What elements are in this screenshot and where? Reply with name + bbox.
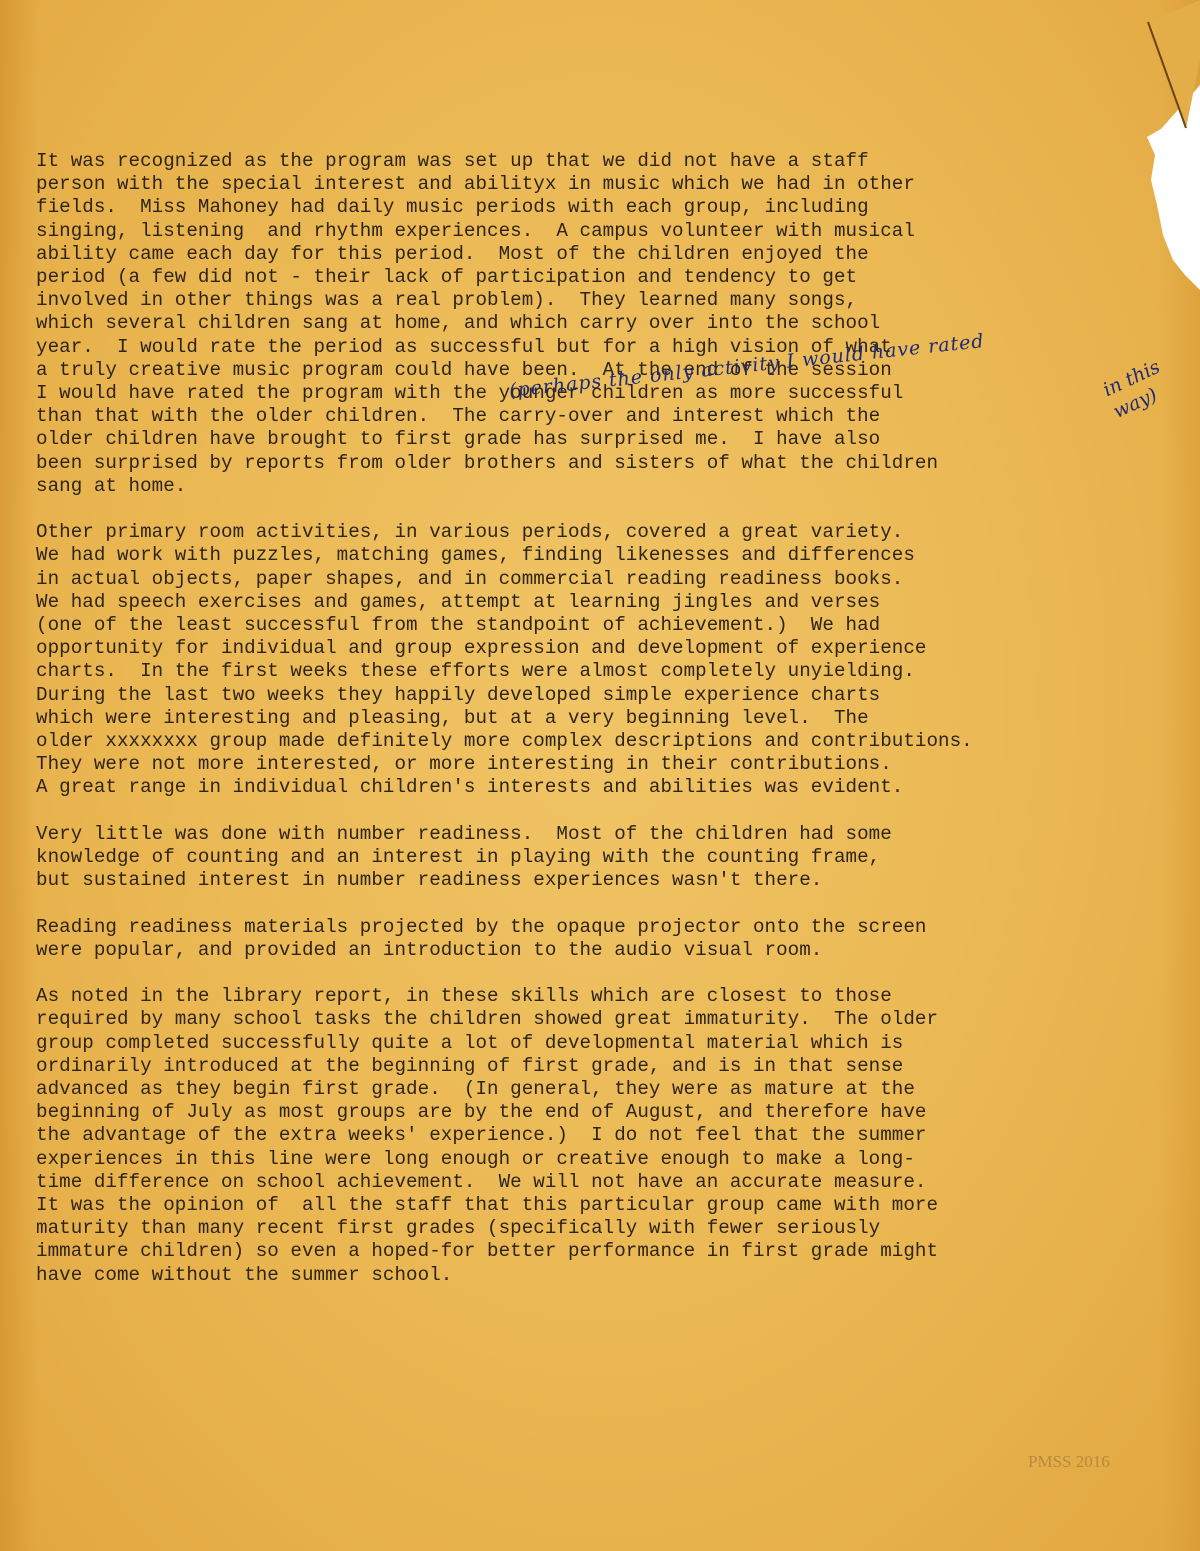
text-line: required by many school tasks the childr… — [36, 1008, 1186, 1031]
text-line: which were interesting and pleasing, but… — [36, 707, 1186, 730]
text-line: ability came each day for this period. M… — [36, 243, 1186, 266]
text-line: year. I would rate the period as success… — [36, 336, 1186, 359]
text-line: Very little was done with number readine… — [36, 823, 1186, 846]
text-line: immature children) so even a hoped-for b… — [36, 1240, 1186, 1263]
paragraph-library-report: As noted in the library report, in these… — [36, 985, 1186, 1287]
text-line: singing, listening and rhythm experience… — [36, 220, 1186, 243]
text-line: person with the special interest and abi… — [36, 173, 1186, 196]
paragraph-number-readiness: Very little was done with number readine… — [36, 823, 1186, 893]
text-line: knowledge of counting and an interest in… — [36, 846, 1186, 869]
text-line: A great range in individual children's i… — [36, 776, 1186, 799]
paragraph-music: It was recognized as the program was set… — [36, 150, 1186, 498]
text-line: maturity than many recent first grades (… — [36, 1217, 1186, 1240]
text-line: fields. Miss Mahoney had daily music per… — [36, 196, 1186, 219]
text-line: group completed successfully quite a lot… — [36, 1032, 1186, 1055]
text-line: Other primary room activities, in variou… — [36, 521, 1186, 544]
folded-corner-icon — [1090, 0, 1200, 150]
text-line: Reading readiness materials projected by… — [36, 916, 1186, 939]
text-line: involved in other things was a real prob… — [36, 289, 1186, 312]
text-line: experiences in this line were long enoug… — [36, 1148, 1186, 1171]
text-line: opportunity for individual and group exp… — [36, 637, 1186, 660]
paragraph-primary-activities: Other primary room activities, in variou… — [36, 521, 1186, 799]
text-line: sang at home. — [36, 475, 1186, 498]
text-line: As noted in the library report, in these… — [36, 985, 1186, 1008]
text-line: We had work with puzzles, matching games… — [36, 544, 1186, 567]
text-line: advanced as they begin first grade. (In … — [36, 1078, 1186, 1101]
text-line: but sustained interest in number readine… — [36, 869, 1186, 892]
text-line: were popular, and provided an introducti… — [36, 939, 1186, 962]
text-line: which several children sang at home, and… — [36, 312, 1186, 335]
text-line: It was recognized as the program was set… — [36, 150, 1186, 173]
text-line: charts. In the first weeks these efforts… — [36, 660, 1186, 683]
text-line: older children have brought to first gra… — [36, 428, 1186, 451]
text-line: been surprised by reports from older bro… — [36, 452, 1186, 475]
text-line: They were not more interested, or more i… — [36, 753, 1186, 776]
text-line: have come without the summer school. — [36, 1264, 1186, 1287]
text-line: ordinarily introduced at the beginning o… — [36, 1055, 1186, 1078]
text-line: beginning of July as most groups are by … — [36, 1101, 1186, 1124]
text-line: It was the opinion of all the staff that… — [36, 1194, 1186, 1217]
archive-watermark: PMSS 2016 — [1028, 1452, 1110, 1472]
text-line: During the last two weeks they happily d… — [36, 684, 1186, 707]
text-line: than that with the older children. The c… — [36, 405, 1186, 428]
text-line: time difference on school achievement. W… — [36, 1171, 1186, 1194]
text-line: We had speech exercises and games, attem… — [36, 591, 1186, 614]
typed-body: It was recognized as the program was set… — [36, 150, 1186, 1310]
paragraph-reading-readiness: Reading readiness materials projected by… — [36, 916, 1186, 962]
text-line: older xxxxxxxx group made definitely mor… — [36, 730, 1186, 753]
text-line: the advantage of the extra weeks' experi… — [36, 1124, 1186, 1147]
text-line: (one of the least successful from the st… — [36, 614, 1186, 637]
text-line: in actual objects, paper shapes, and in … — [36, 568, 1186, 591]
text-line: period (a few did not - their lack of pa… — [36, 266, 1186, 289]
document-page: It was recognized as the program was set… — [0, 0, 1200, 1551]
